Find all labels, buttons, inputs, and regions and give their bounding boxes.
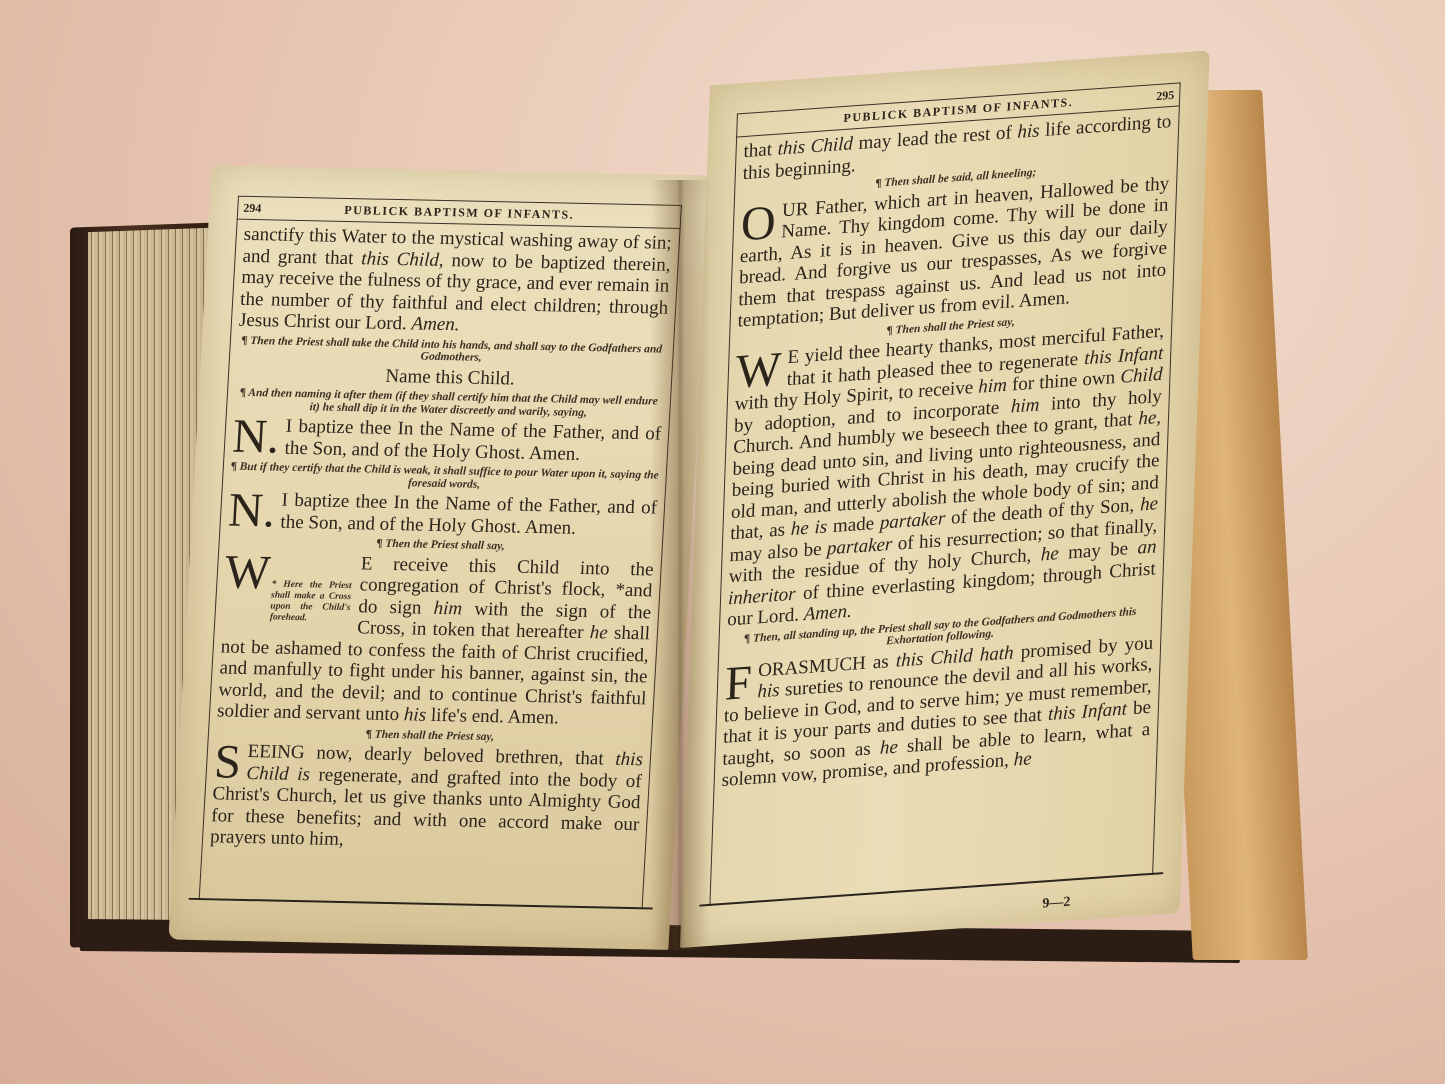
lords-prayer: O UR Father, which art in heaven, Hallow… [737,173,1169,332]
drop-cap: O [740,202,776,245]
drop-cap: F [724,662,752,704]
baptism-formula: N. I baptize thee In the Name of the Fat… [227,489,657,541]
margin-note: * Here the Priest shall make a Cross upo… [269,579,351,625]
drop-cap: N. [231,417,280,458]
thanksgiving-prayer: W E yield thee hearty thanks, most merci… [727,321,1164,631]
signature-mark: 9—2 [1042,895,1071,913]
right-page: PUBLICK BAPTISM OF INFANTS. 295 that thi… [680,50,1210,948]
page-number: 295 [1128,87,1180,106]
running-head-title: PUBLICK BAPTISM OF INFANTS. [289,201,630,223]
paragraph: sanctify this Water to the mystical wash… [238,224,672,340]
drop-cap: S [213,742,242,783]
baptism-formula: N. I baptize thee In the Name of the Fat… [231,415,661,467]
paragraph: S EEING now, dearly beloved brethren, th… [210,740,644,856]
drop-cap: W [224,552,272,593]
paragraph: W * Here the Priest shall make a Cross u… [217,550,655,731]
page-text: that this Child may lead the rest of his… [721,111,1171,792]
drop-cap: N. [227,491,276,532]
left-page: 294 PUBLICK BAPTISM OF INFANTS. sanctify… [168,165,711,950]
page-number: 294 [237,200,290,216]
page-text: sanctify this Water to the mystical wash… [210,224,673,857]
photo-scene: 294 PUBLICK BAPTISM OF INFANTS. sanctify… [0,0,1445,1084]
drop-cap: W [735,349,782,392]
